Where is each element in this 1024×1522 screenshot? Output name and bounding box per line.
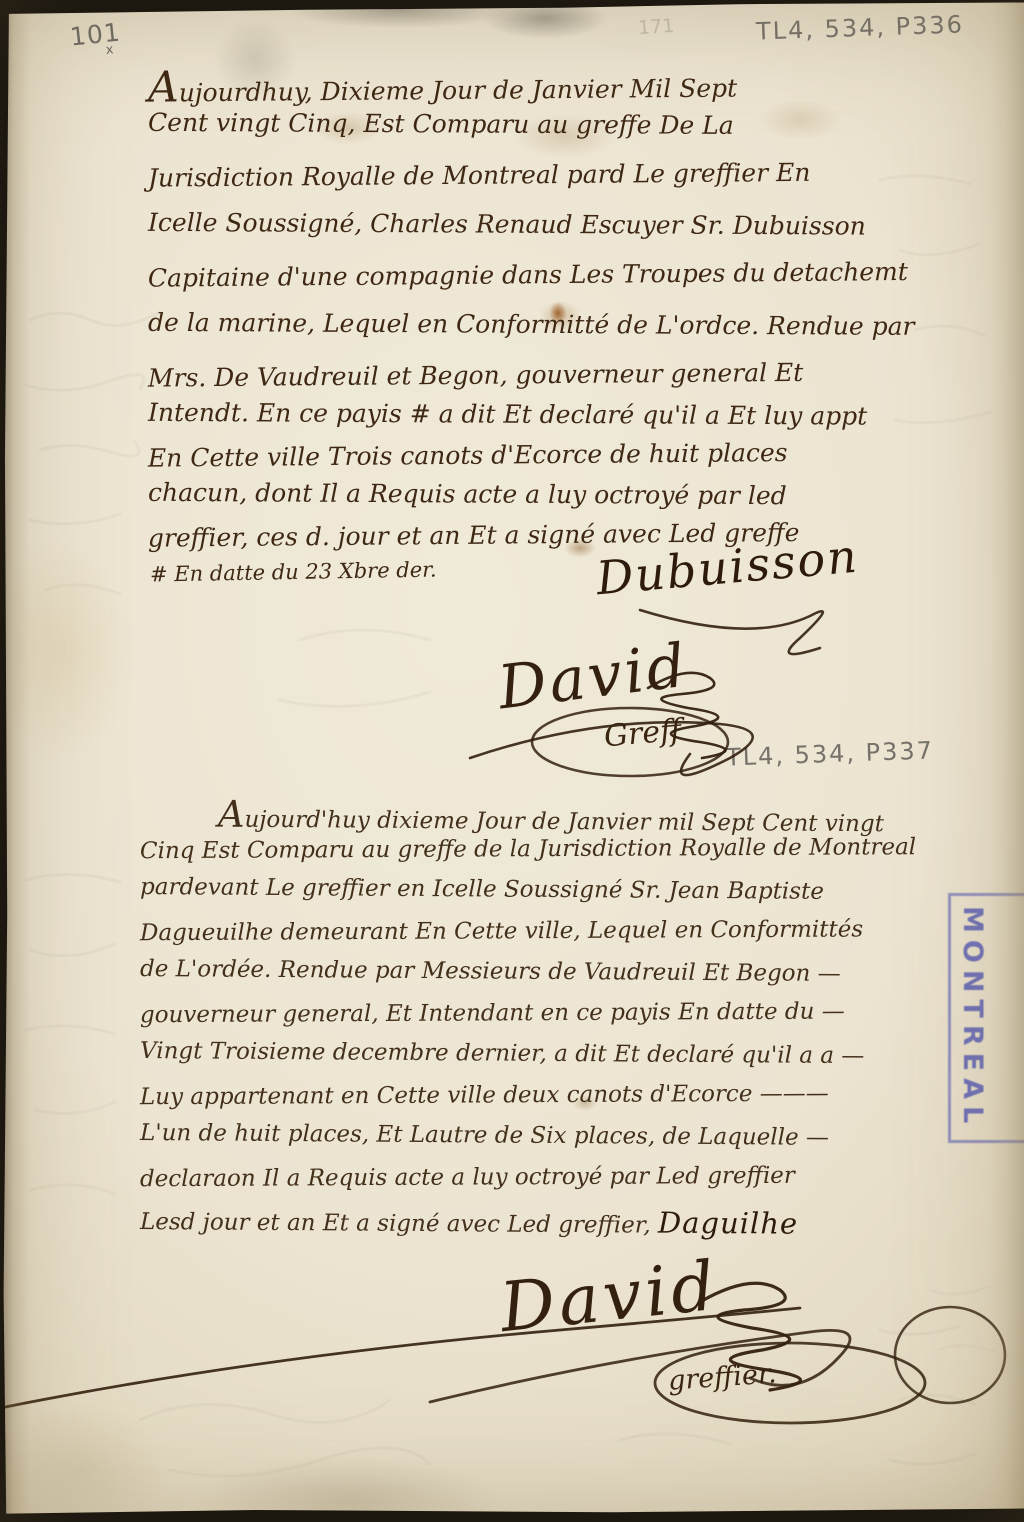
folio-number: 101x: [69, 17, 122, 51]
manuscript-line: de la marine, Lequel en Conformitté de L…: [148, 308, 980, 362]
clerk-title-2: greffier.: [667, 1358, 777, 1396]
manuscript-line: de L'ordée. Rendue par Messieurs de Vaud…: [140, 956, 992, 1003]
manuscript-line: Intendt. En ce payis # a dit Et declaré …: [148, 398, 980, 442]
manuscript-line: Cent vingt Cinq, Est Comparu au greffe D…: [148, 108, 980, 162]
manuscript-line: Aujourdhuy, Dixieme Jour de Janvier Mil …: [148, 56, 980, 113]
manuscript-line: Mrs. De Vaudreuil et Begon, gouverneur g…: [148, 356, 980, 403]
signature-daguilhe: Daguilhe: [658, 1206, 798, 1241]
manuscript-line: L'un de huit places, Et Lautre de Six pl…: [140, 1120, 992, 1167]
manuscript-line: En Cette ville Trois canots d'Ecorce de …: [148, 436, 980, 483]
entry-1-text: Aujourdhuy, Dixieme Jour de Janvier Mil …: [148, 60, 980, 560]
signature-david-2: David: [496, 1247, 722, 1348]
folio-mark: x: [105, 42, 115, 58]
stamp-text: MONTREAL: [957, 906, 988, 1130]
manuscript-line: gouverneur general, Et Intendant en ce p…: [140, 998, 992, 1043]
manuscript-line: Lesd jour et an Et a signé avec Led gref…: [140, 1202, 992, 1249]
signature-david-1: David: [494, 631, 691, 724]
manuscript-line: Jurisdiction Royalle de Montreal pard Le…: [148, 156, 980, 213]
archive-reference-p337: TL4, 534, P337: [726, 736, 935, 771]
manuscript-line: Capitaine d'une compagnie dans Les Troup…: [148, 256, 980, 313]
manuscript-line: chacun, dont Il a Requis acte a luy octr…: [148, 478, 980, 522]
manuscript-line: Aujourd'huy dixieme Jour de Janvier mil …: [140, 792, 992, 839]
manuscript-line: Vingt Troisieme decembre dernier, a dit …: [140, 1038, 992, 1085]
manuscript-line: Cinq Est Comparu au greffe de la Jurisdi…: [140, 834, 992, 879]
manuscript-line: Dagueuilhe demeurant En Cette ville, Leq…: [140, 916, 992, 961]
clerk-title-1: Greff: [603, 713, 683, 755]
entry-2-text: Aujourd'huy dixieme Jour de Janvier mil …: [140, 795, 992, 1246]
manuscript-line: pardevant Le greffier en Icelle Soussign…: [140, 874, 992, 921]
manuscript-line: declaraon Il a Requis acte a luy octroyé…: [140, 1162, 992, 1207]
faint-page-number: 171: [637, 15, 675, 39]
manuscript-line: Luy appartenant en Cette ville deux cano…: [140, 1080, 992, 1125]
scan-border-bottom: [0, 1507, 1024, 1522]
scan-border-top: [0, 0, 1024, 14]
marginal-date-note: # En datte du 23 Xbre der.: [150, 558, 437, 587]
manuscript-page: 101x 171 TL4, 534, P336 TL4, 534, P337 A…: [0, 0, 1024, 1522]
archive-reference-p336: TL4, 534, P336: [756, 10, 965, 45]
manuscript-line: Icelle Soussigné, Charles Renaud Escuyer…: [148, 208, 980, 262]
paper-edge-shadow: [990, 0, 1024, 1522]
